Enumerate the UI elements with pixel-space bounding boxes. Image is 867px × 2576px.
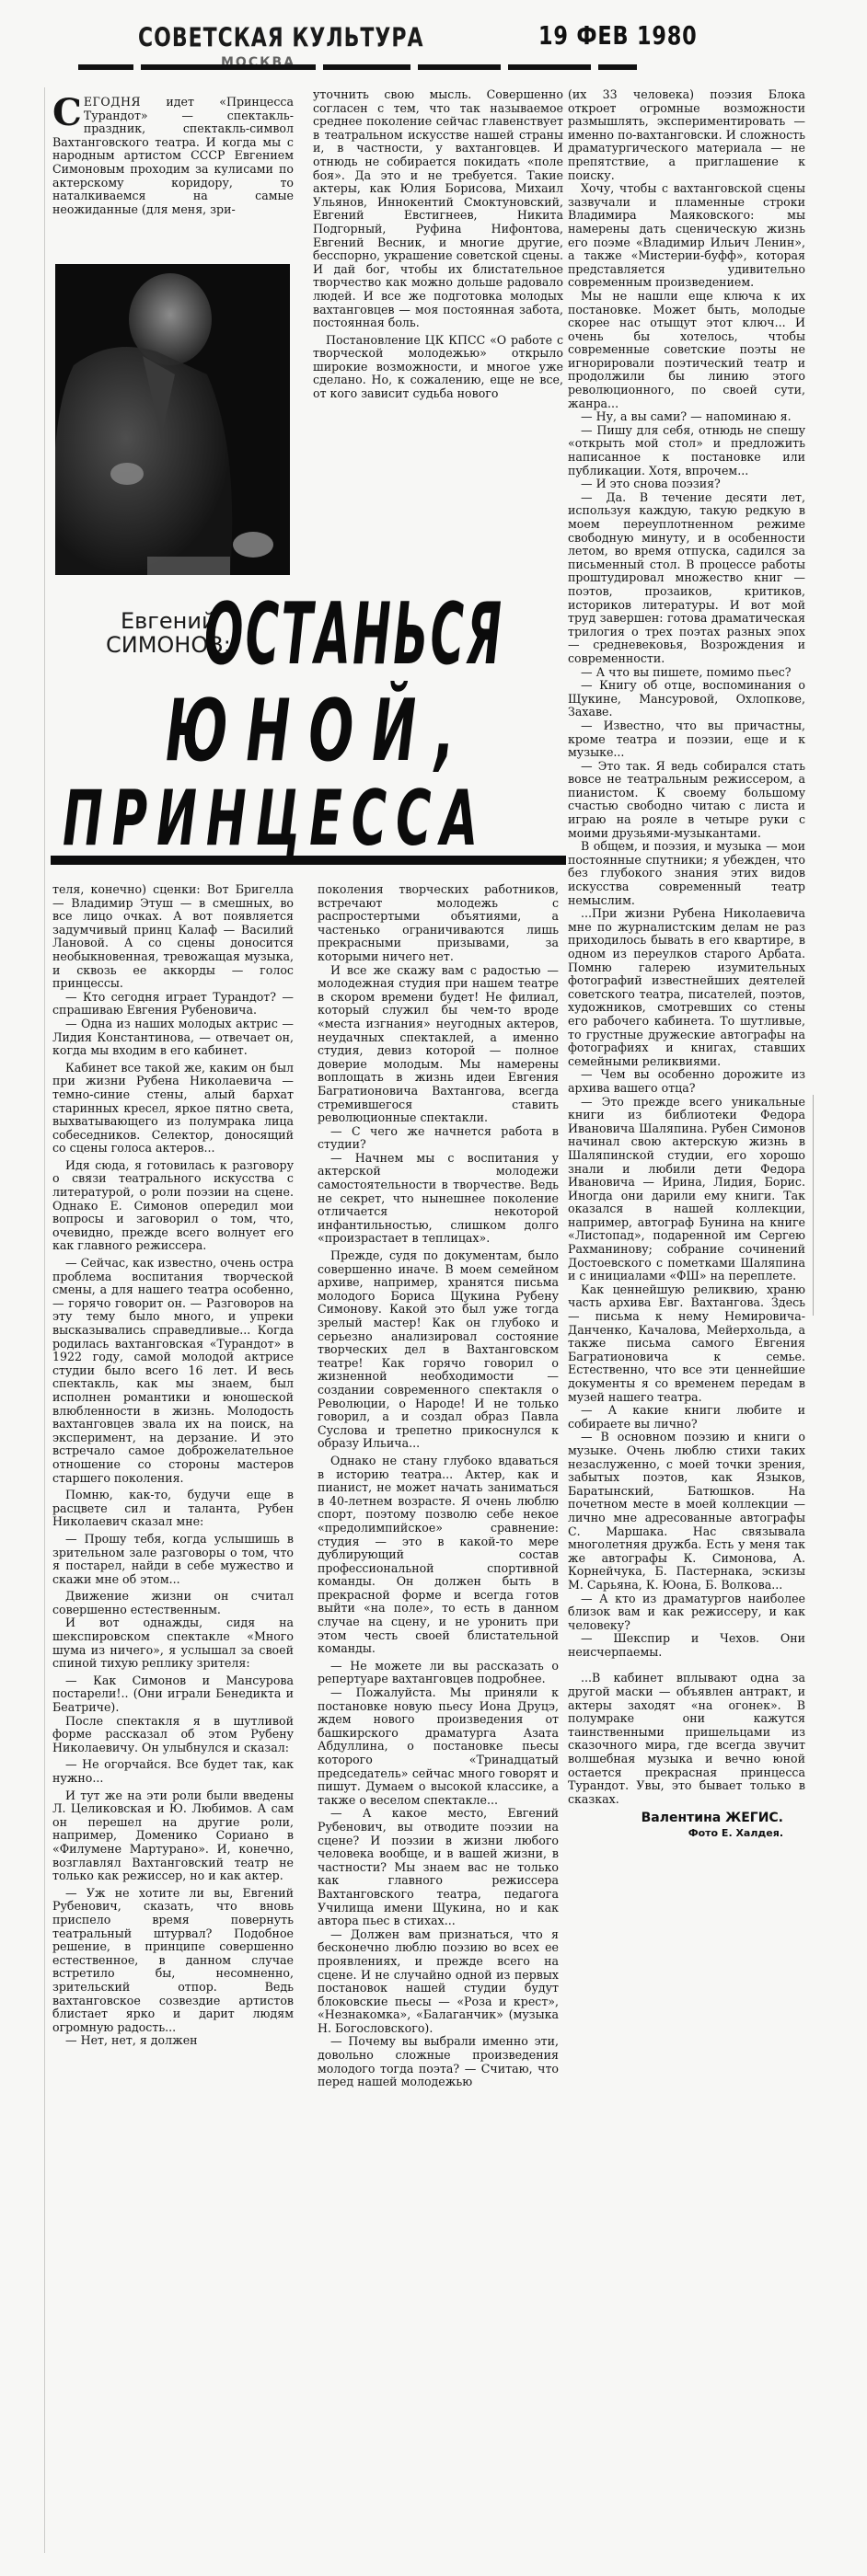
paragraph: — Не можете ли вы рассказать о репертуар… xyxy=(318,1660,559,1686)
paragraph: Идя сюда, я готовилась к разговору о свя… xyxy=(52,1159,294,1253)
paragraph: И тут же на эти роли были введены Л. Цел… xyxy=(52,1789,294,1883)
paragraph: — Не огорчайся. Все будет так, как нужно… xyxy=(52,1758,294,1785)
paragraph: — Пишу для себя, отнюдь не спешу «открыт… xyxy=(568,424,805,477)
paragraph: — С чего же начнется работа в студии? xyxy=(318,1125,559,1152)
paragraph: уточнить свою мысль. Совершенно согласен… xyxy=(313,88,563,330)
paragraph: Помню, как-то, будучи еще в расцвете сил… xyxy=(52,1489,294,1529)
paragraph: — Пожалуйста. Мы приняли к постановке но… xyxy=(318,1686,559,1807)
paragraph: — Кто сегодня играет Турандот? — спрашив… xyxy=(52,991,294,1018)
paragraph: — Уж не хотите ли вы, Евгений Рубенович,… xyxy=(52,1887,294,2035)
paragraph: И вот однажды, сидя на шекспировском спе… xyxy=(52,1616,294,1670)
paragraph: — А что вы пишете, помимо пьес? xyxy=(568,666,805,680)
headline-rule xyxy=(51,856,566,865)
paragraph: — Чем вы особенно дорожите из архива ваш… xyxy=(568,1068,805,1095)
date-stamp: 19 ФЕВ 1980 xyxy=(538,20,698,51)
paragraph: И все же скажу вам с радостью — молодежн… xyxy=(318,964,559,1125)
headline-line-3: ПРИНЦЕССА xyxy=(63,777,487,861)
author-signature: Валентина ЖЕГИС. xyxy=(568,1811,805,1825)
paragraph: — Начнем мы с воспитания у актерской мол… xyxy=(318,1152,559,1246)
paragraph: (их 33 человека) поэзия Блока откроет ог… xyxy=(568,88,805,182)
paragraph: — Да. В течение десяти лет, используя ка… xyxy=(568,491,805,666)
newspaper-name-stamp: СОВЕТСКАЯ КУЛЬТУРА xyxy=(138,24,424,54)
paragraph: ...При жизни Рубена Николаевича мне по ж… xyxy=(568,907,805,1068)
masthead-rule xyxy=(78,63,722,72)
paragraph: Прежде, судя по документам, было соверше… xyxy=(318,1249,559,1451)
paragraph: — Известно, что вы причастны, кроме теат… xyxy=(568,719,805,760)
paragraph: Мы не нашли еще ключа к их постановке. М… xyxy=(568,290,805,410)
lead-first-word: ЕГОДНЯ xyxy=(84,95,141,109)
paragraph: Однако не стану глубоко вдаваться в исто… xyxy=(318,1455,559,1656)
portrait-photo xyxy=(55,264,290,575)
paragraph: Постановление ЦК КПСС «О работе с творче… xyxy=(313,334,563,401)
paragraph: — Должен вам признаться, что я бесконечн… xyxy=(318,1928,559,2036)
paragraph: Как ценнейшую реликвию, храню часть архи… xyxy=(568,1283,805,1404)
drop-cap: С xyxy=(52,98,82,129)
lead-text: идет «Принцесса Турандот» — спектакль-пр… xyxy=(52,95,294,216)
paragraph: Хочу, чтобы с вахтанговской сцены зазвуч… xyxy=(568,182,805,290)
paragraph: Движение жизни он считал совершенно есте… xyxy=(52,1590,294,1616)
paragraph: — А какие книги любите и собираете вы ли… xyxy=(568,1404,805,1431)
paragraph: — В основном поэзию и книги о музыке. Оч… xyxy=(568,1431,805,1592)
paragraph: — А какое место, Евгений Рубенович, вы о… xyxy=(318,1807,559,1927)
paragraph: — Шекспир и Чехов. Они неисчерпаемы. xyxy=(568,1632,805,1659)
paragraph: — Книгу об отце, воспоминания о Щукине, … xyxy=(568,679,805,719)
paragraph: — Прошу тебя, когда услышишь в зрительно… xyxy=(52,1533,294,1586)
paragraph: После спектакля я в шутливой форме расск… xyxy=(52,1715,294,1755)
closing-paragraph: ...В кабинет вплывают одна за другой мас… xyxy=(568,1672,805,1806)
bottom-column-1: теля, конечно) сценки: Вот Бригелла — Вл… xyxy=(52,883,294,2048)
column-divider xyxy=(44,87,45,2553)
photo-image-icon xyxy=(55,264,290,575)
paragraph: — Ну, а вы сами? — напоминаю я. xyxy=(568,410,805,424)
bottom-column-2: поколения творческих работников, встреча… xyxy=(318,883,559,2089)
top-column-2: уточнить свою мысль. Совершенно согласен… xyxy=(313,88,563,401)
paragraph: — Сейчас, как известно, очень остра проб… xyxy=(52,1257,294,1485)
headline-line-1: ОСТАНЬСЯ xyxy=(204,589,503,683)
paragraph: — Это так. Я ведь собирался стать вовсе … xyxy=(568,760,805,841)
paragraph: — А кто из драматургов наиболее близок в… xyxy=(568,1593,805,1633)
top-column-3: (их 33 человека) поэзия Блока откроет ог… xyxy=(568,88,805,1841)
column-divider xyxy=(813,1095,814,1316)
paragraph: — Это прежде всего уникальные книги из б… xyxy=(568,1096,805,1283)
paragraph: — Как Симонов и Мансурова постарели!.. (… xyxy=(52,1674,294,1715)
headline-line-2: ЮНОЙ, xyxy=(166,685,473,779)
paragraph: — Почему вы выбрали именно эти, довольно… xyxy=(318,2035,559,2088)
paragraph: поколения творческих работников, встреча… xyxy=(318,883,559,964)
paragraph: В общем, и поэзия, и музыка — мои постоя… xyxy=(568,840,805,907)
photo-credit: Фото Е. Халдея. xyxy=(568,1827,805,1841)
lead-paragraph: СЕГОДНЯ идет «Принцесса Турандот» — спек… xyxy=(52,96,294,216)
paragraph: — И это снова поэзия? xyxy=(568,477,805,491)
paragraph: Кабинет все такой же, каким он был при ж… xyxy=(52,1062,294,1156)
paragraph: — Нет, нет, я должен xyxy=(52,2034,294,2048)
paragraph: — Одна из наших молодых актрис — Лидия К… xyxy=(52,1018,294,1058)
paragraph: теля, конечно) сценки: Вот Бригелла — Вл… xyxy=(52,883,294,991)
